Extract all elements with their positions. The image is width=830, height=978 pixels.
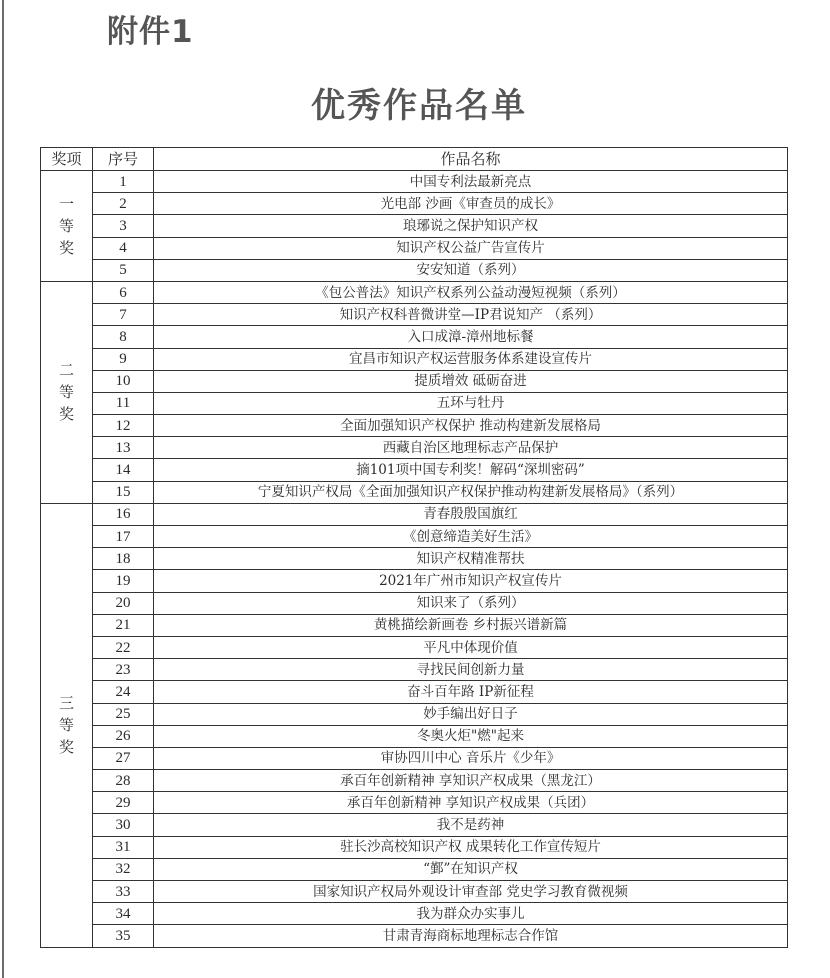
row-number: 22 [93,636,154,658]
page-title-text: 优秀作品名单 [311,86,527,126]
work-name: 知识产权公益广告宣传片 [154,237,788,259]
table-row: 17《创意缔造美好生活》 [41,526,788,548]
table-row: 22平凡中体现价值 [41,636,788,658]
table-row: 31驻长沙高校知识产权 成果转化工作宣传短片 [41,836,788,858]
award-level-label: 二等奖 [59,359,75,425]
work-name: 琅琊说之保护知识产权 [154,215,788,237]
row-number: 29 [93,792,154,814]
row-number: 19 [93,570,154,592]
work-name: 奋斗百年路 IP新征程 [154,681,788,703]
work-name: 我不是药神 [154,814,788,836]
row-number: 4 [93,237,154,259]
row-number: 2 [93,193,154,215]
table-row: 30我不是药神 [41,814,788,836]
table-body: 一等奖1中国专利法最新亮点2光电部 沙画《审查员的成长》3琅琊说之保护知识产权4… [41,171,788,948]
work-name: 知识产权精准帮扶 [154,548,788,570]
work-name: 寻找民间创新力量 [154,659,788,681]
row-number: 25 [93,703,154,725]
table-row: 10提质增效 砥砺奋进 [41,370,788,392]
table-row: 33国家知识产权局外观设计审查部 党史学习教育微视频 [41,881,788,903]
row-number: 8 [93,326,154,348]
row-number: 6 [93,281,154,303]
table-row: 25妙手编出好日子 [41,703,788,725]
work-name: 光电部 沙画《审查员的成长》 [154,193,788,215]
table-row: 13西藏自治区地理标志产品保护 [41,437,788,459]
row-number: 17 [93,526,154,548]
row-number: 24 [93,681,154,703]
table-row: 2光电部 沙画《审查员的成长》 [41,193,788,215]
table-row: 29承百年创新精神 享知识产权成果（兵团） [41,792,788,814]
table-row: 35甘肃青海商标地理标志合作馆 [41,925,788,947]
work-name: 我为群众办实事儿 [154,903,788,925]
table-row: 11五环与牡丹 [41,392,788,414]
table-row: 15宁夏知识产权局《全面加强知识产权保护推动构建新发展格局》（系列） [41,481,788,503]
row-number: 26 [93,725,154,747]
work-name: 冬奥火炬"燃"起来 [154,725,788,747]
table-row: 二等奖6《包公普法》知识产权系列公益动漫短视频（系列） [41,281,788,303]
row-number: 16 [93,503,154,525]
table-row: 23寻找民间创新力量 [41,659,788,681]
row-number: 7 [93,304,154,326]
award-level-cell: 三等奖 [41,503,93,947]
award-list-table: 奖项 序号 作品名称 一等奖1中国专利法最新亮点2光电部 沙画《审查员的成长》3… [40,147,788,948]
work-name: 安安知道（系列） [154,259,788,281]
row-number: 33 [93,881,154,903]
page-title: 优秀作品名单 [0,78,830,127]
table-row: 27审协四川中心 音乐片《少年》 [41,747,788,769]
table-row: 14摘101项中国专利奖！解码“深圳密码” [41,459,788,481]
row-number: 3 [93,215,154,237]
work-name: 西藏自治区地理标志产品保护 [154,437,788,459]
work-name: 黄桃描绘新画卷 乡村振兴谱新篇 [154,614,788,636]
work-name: 审协四川中心 音乐片《少年》 [154,747,788,769]
work-name: 中国专利法最新亮点 [154,171,788,193]
table-row: 28承百年创新精神 享知识产权成果（黑龙江） [41,770,788,792]
table-row: 4知识产权公益广告宣传片 [41,237,788,259]
work-name: “鄞”在知识产权 [154,858,788,880]
table-row: 32“鄞”在知识产权 [41,858,788,880]
table-row: 一等奖1中国专利法最新亮点 [41,171,788,193]
work-name: 2021年广州市知识产权宣传片 [154,570,788,592]
table-row: 26冬奥火炬"燃"起来 [41,725,788,747]
table-row: 34我为群众办实事儿 [41,903,788,925]
work-name: 五环与牡丹 [154,392,788,414]
work-name: 甘肃青海商标地理标志合作馆 [154,925,788,947]
row-number: 27 [93,747,154,769]
row-number: 15 [93,481,154,503]
work-name: 提质增效 砥砺奋进 [154,370,788,392]
table-row: 3琅琊说之保护知识产权 [41,215,788,237]
row-number: 28 [93,770,154,792]
work-name: 全面加强知识产权保护 推动构建新发展格局 [154,415,788,437]
work-name: 《创意缔造美好生活》 [154,526,788,548]
row-number: 10 [93,370,154,392]
row-number: 12 [93,415,154,437]
row-number: 31 [93,836,154,858]
table-row: 三等奖16青春殷殷国旗红 [41,503,788,525]
award-level-label: 一等奖 [59,193,75,259]
work-name: 平凡中体现价值 [154,636,788,658]
row-number: 32 [93,858,154,880]
row-number: 30 [93,814,154,836]
work-name: 摘101项中国专利奖！解码“深圳密码” [154,459,788,481]
work-name: 知识来了（系列） [154,592,788,614]
work-name: 宁夏知识产权局《全面加强知识产权保护推动构建新发展格局》（系列） [154,481,788,503]
work-name: 驻长沙高校知识产权 成果转化工作宣传短片 [154,836,788,858]
work-name: 承百年创新精神 享知识产权成果（兵团） [154,792,788,814]
table-row: 24奋斗百年路 IP新征程 [41,681,788,703]
column-header-award: 奖项 [41,148,93,171]
award-level-cell: 一等奖 [41,171,93,282]
table-row: 7知识产权科普微讲堂—IP君说知产 （系列） [41,304,788,326]
table-row: 5安安知道（系列） [41,259,788,281]
table-row: 20知识来了（系列） [41,592,788,614]
table-row: 21黄桃描绘新画卷 乡村振兴谱新篇 [41,614,788,636]
row-number: 35 [93,925,154,947]
award-level-cell: 二等奖 [41,281,93,503]
row-number: 11 [93,392,154,414]
row-number: 14 [93,459,154,481]
table-row: 8入口成漳-漳州地标餐 [41,326,788,348]
award-level-label: 三等奖 [59,692,75,758]
column-header-number: 序号 [93,148,154,171]
row-number: 34 [93,903,154,925]
table-row: 9宜昌市知识产权运营服务体系建设宣传片 [41,348,788,370]
work-name: 宜昌市知识产权运营服务体系建设宣传片 [154,348,788,370]
work-name: 妙手编出好日子 [154,703,788,725]
work-name: 《包公普法》知识产权系列公益动漫短视频（系列） [154,281,788,303]
row-number: 9 [93,348,154,370]
work-name: 国家知识产权局外观设计审查部 党史学习教育微视频 [154,881,788,903]
page-edge-line [2,0,4,978]
row-number: 5 [93,259,154,281]
row-number: 21 [93,614,154,636]
table-row: 192021年广州市知识产权宣传片 [41,570,788,592]
work-name: 青春殷殷国旗红 [154,503,788,525]
table-header-row: 奖项 序号 作品名称 [41,148,788,171]
row-number: 18 [93,548,154,570]
column-header-work-name: 作品名称 [154,148,788,171]
table-row: 18知识产权精准帮扶 [41,548,788,570]
row-number: 23 [93,659,154,681]
attachment-label: 附件1 [107,6,194,51]
row-number: 13 [93,437,154,459]
row-number: 1 [93,171,154,193]
work-name: 知识产权科普微讲堂—IP君说知产 （系列） [154,304,788,326]
row-number: 20 [93,592,154,614]
work-name: 入口成漳-漳州地标餐 [154,326,788,348]
table-row: 12全面加强知识产权保护 推动构建新发展格局 [41,415,788,437]
work-name: 承百年创新精神 享知识产权成果（黑龙江） [154,770,788,792]
